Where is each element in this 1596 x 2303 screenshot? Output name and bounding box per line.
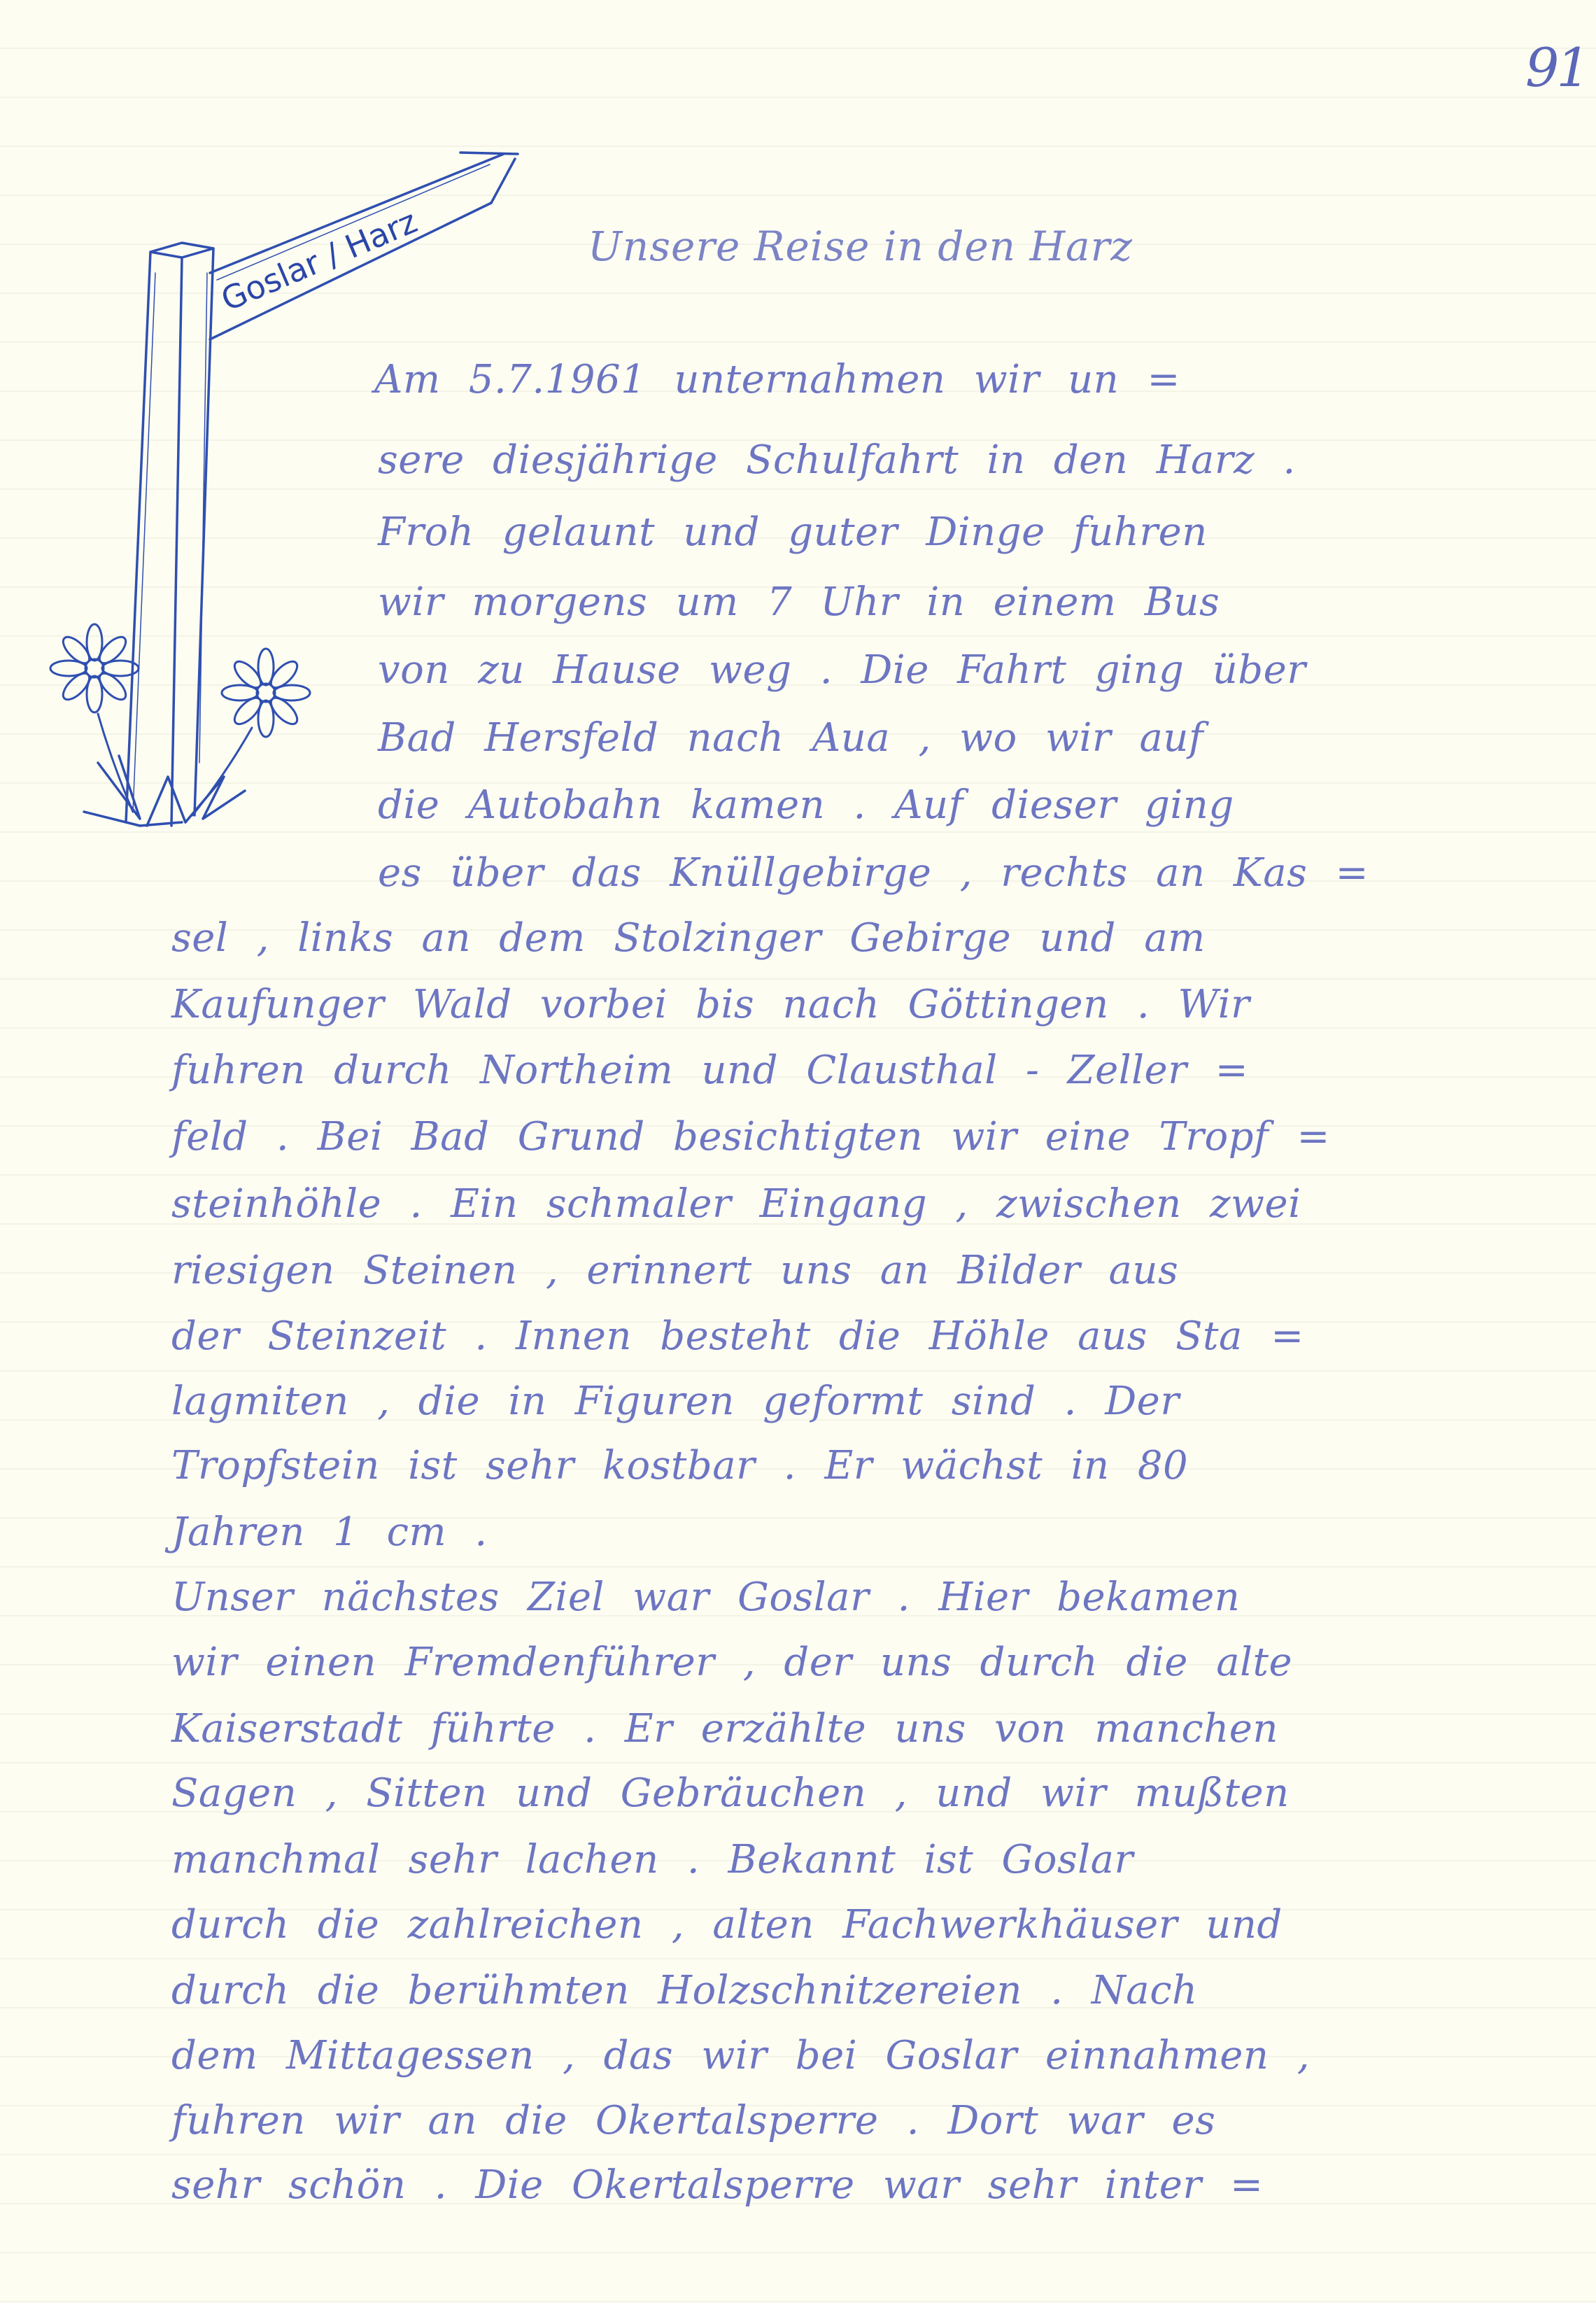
text-line: Kaiserstadt führte . Er erzählte uns von…	[171, 1706, 1278, 1752]
text-line: Am 5.7.1961 unternahmen wir un =	[374, 357, 1180, 402]
text-line: sehr schön . Die Okertalsperre war sehr …	[171, 2162, 1263, 2208]
text-line: durch die zahlreichen , alten Fachwerkhä…	[171, 1902, 1283, 1948]
text-line: feld . Bei Bad Grund besichtigten wir ei…	[171, 1114, 1330, 1160]
page-title: Unsere Reise in den Harz	[588, 223, 1133, 270]
text-line: fuhren durch Northeim und Clausthal - Ze…	[171, 1048, 1248, 1093]
text-line: es über das Knüllgebirge , rechts an Kas…	[378, 850, 1369, 896]
text-line: Jahren 1 cm .	[171, 1509, 488, 1555]
post-icon	[126, 243, 213, 826]
text-line: sere diesjährige Schulfahrt in den Harz …	[378, 437, 1296, 483]
text-line: durch die berühmten Holzschnitzereien . …	[171, 1968, 1198, 2013]
notebook-page: 91	[0, 0, 1596, 2303]
text-line: sel , links an dem Stolzinger Gebirge un…	[171, 915, 1206, 961]
text-line: Bad Hersfeld nach Aua , wo wir auf	[378, 715, 1203, 761]
text-line: Kaufunger Wald vorbei bis nach Göttingen…	[171, 982, 1250, 1027]
text-line: Unser nächstes Ziel war Goslar . Hier be…	[171, 1575, 1240, 1620]
text-line: lagmiten , die in Figuren geformt sind .…	[171, 1379, 1180, 1424]
text-line: manchmal sehr lachen . Bekannt ist Gosla…	[171, 1837, 1134, 1882]
text-line: die Autobahn kamen . Auf dieser ging	[378, 782, 1234, 828]
text-line: Tropfstein ist sehr kostbar . Er wächst …	[171, 1443, 1188, 1488]
text-line: fuhren wir an die Okertalsperre . Dort w…	[171, 2098, 1215, 2143]
grass-icon	[84, 756, 245, 826]
daisy-icon	[50, 624, 139, 812]
text-line: Sagen , Sitten und Gebräuchen , und wir …	[171, 1770, 1290, 1816]
sign-text: Goslar / Harz	[216, 202, 423, 318]
text-line: riesigen Steinen , erinnert uns an Bilde…	[171, 1248, 1178, 1293]
daisy-icon	[192, 649, 310, 815]
text-line: wir einen Fremdenführer , der uns durch …	[171, 1640, 1292, 1685]
text-line: steinhöhle . Ein schmaler Eingang , zwis…	[171, 1181, 1301, 1227]
text-line: Froh gelaunt und guter Dinge fuhren	[378, 509, 1208, 555]
page-number: 91	[1525, 36, 1588, 99]
text-line: von zu Hause weg . Die Fahrt ging über	[378, 647, 1306, 693]
text-line: wir morgens um 7 Uhr in einem Bus	[378, 579, 1220, 625]
text-line: dem Mittagessen , das wir bei Goslar ein…	[171, 2033, 1310, 2078]
text-line: der Steinzeit . Innen besteht die Höhle …	[171, 1314, 1304, 1359]
